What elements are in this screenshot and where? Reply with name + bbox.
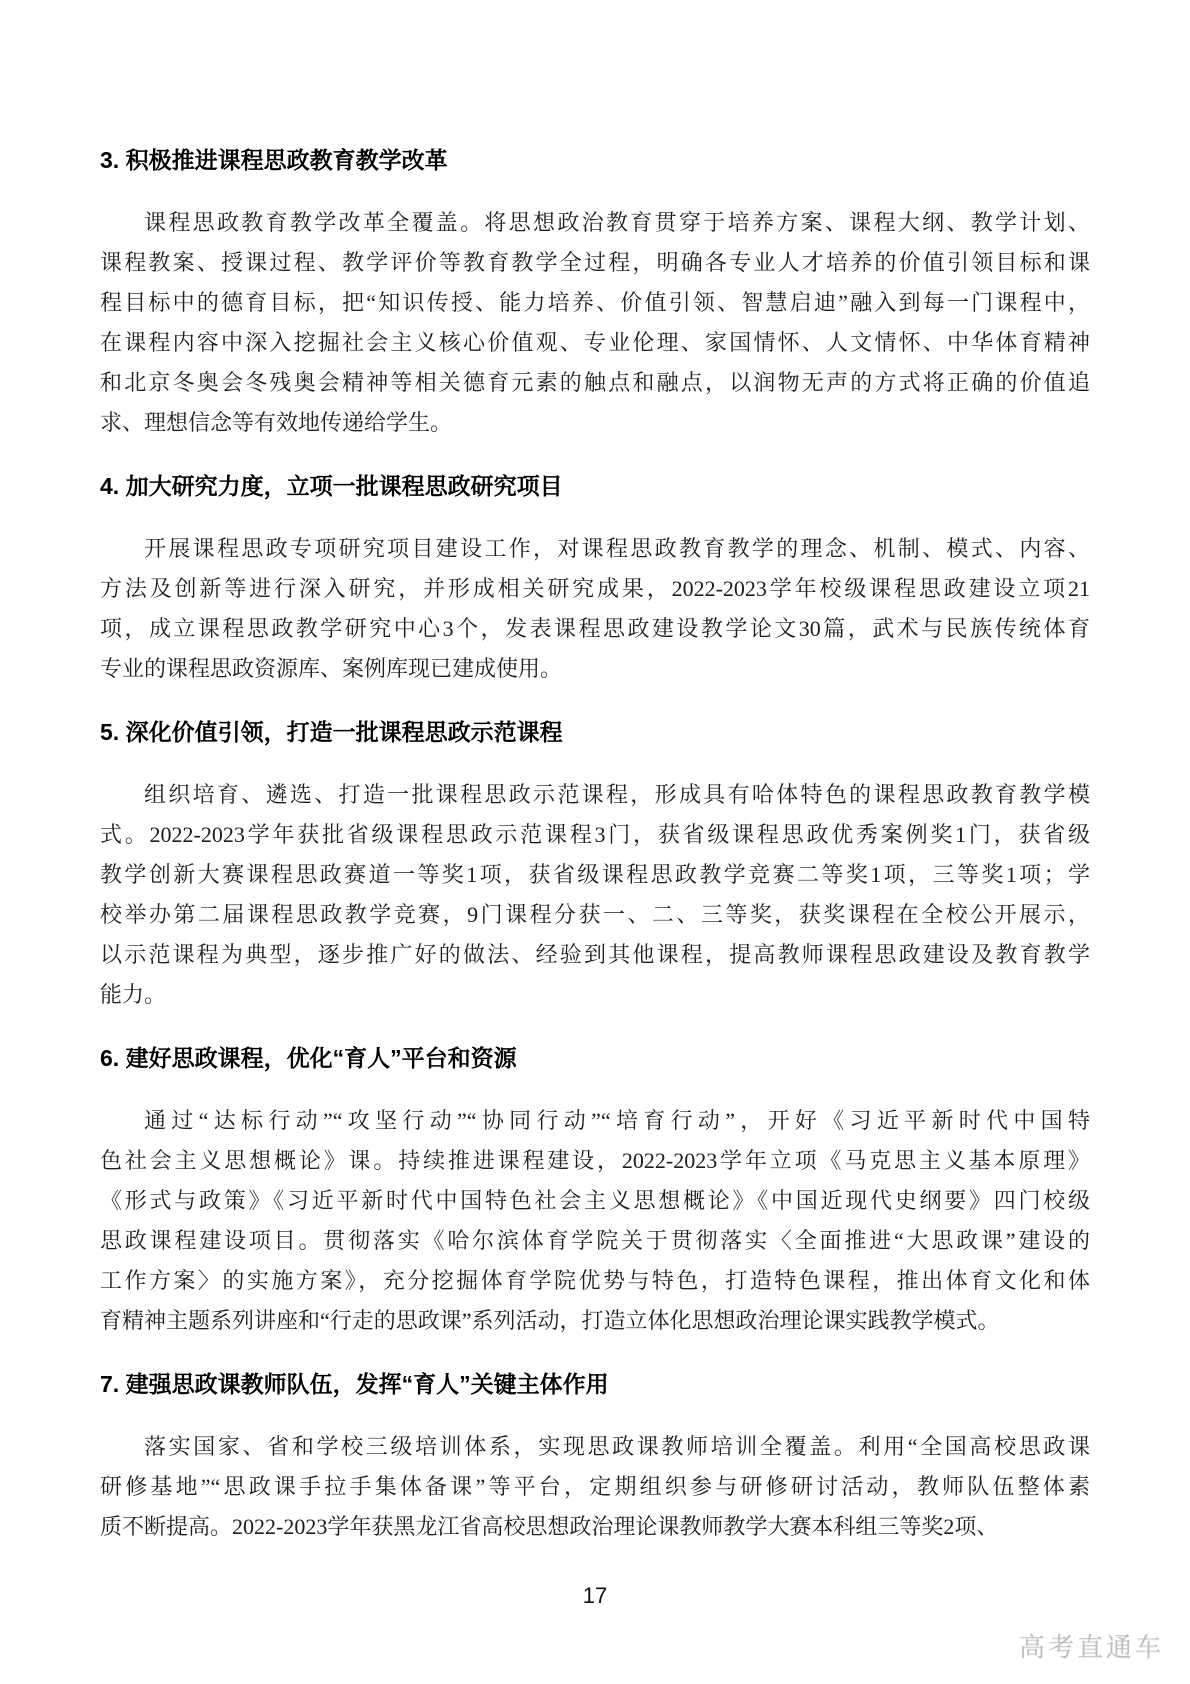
section-heading: 7. 建强思政课教师队伍，发挥“育人”关键主体作用 — [100, 1364, 1090, 1404]
section-heading: 6. 建好思政课程，优化“育人”平台和资源 — [100, 1038, 1090, 1078]
paragraph-line: 开展课程思政专项研究项目建设工作，对课程思政教育教学的理念、机制、模式、内容、 — [100, 529, 1090, 569]
paragraph-line: 研修基地”“思政课手拉手集体备课”等平台，定期组织参与研修研讨活动，教师队伍整体… — [100, 1467, 1090, 1507]
paragraph-line: 育精神主题系列讲座和“行走的思政课”系列活动，打造立体化思想政治理论课实践教学模… — [100, 1301, 1090, 1341]
section-heading: 4. 加大研究力度，立项一批课程思政研究项目 — [100, 466, 1090, 506]
paragraph-line: 色社会主义思想概论》课。持续推进课程建设，2022-2023学年立项《马克思主义… — [100, 1141, 1090, 1181]
paragraph-line: 教学创新大赛课程思政赛道一等奖1项，获省级课程思政教学竞赛二等奖1项，三等奖1项… — [100, 855, 1090, 895]
paragraph-line: 课程教案、授课过程、教学评价等教育教学全过程，明确各专业人才培养的价值引领目标和… — [100, 243, 1090, 283]
paragraph-line: 质不断提高。2022-2023学年获黑龙江省高校思想政治理论课教师教学大赛本科组… — [100, 1507, 1090, 1547]
paragraph-line: 通过“达标行动”“攻坚行动”“协同行动”“培育行动”，开好《习近平新时代中国特 — [100, 1101, 1090, 1141]
paragraph-line: 能力。 — [100, 975, 1090, 1015]
section-heading: 3. 积极推进课程思政教育教学改革 — [100, 140, 1090, 180]
paragraph: 开展课程思政专项研究项目建设工作，对课程思政教育教学的理念、机制、模式、内容、方… — [100, 529, 1090, 689]
paragraph: 通过“达标行动”“攻坚行动”“协同行动”“培育行动”，开好《习近平新时代中国特色… — [100, 1101, 1090, 1341]
paragraph-line: 《形式与政策》《习近平新时代中国特色社会主义思想概论》《中国近现代史纲要》四门校… — [100, 1181, 1090, 1221]
paragraph-line: 校举办第二届课程思政教学竞赛，9门课程分获一、二、三等奖，获奖课程在全校公开展示… — [100, 895, 1090, 935]
paragraph-line: 落实国家、省和学校三级培训体系，实现思政课教师培训全覆盖。利用“全国高校思政课 — [100, 1427, 1090, 1467]
paragraph-line: 求、理想信念等有效地传递给学生。 — [100, 403, 1090, 443]
paragraph-line: 课程思政教育教学改革全覆盖。将思想政治教育贯穿于培养方案、课程大纲、教学计划、 — [100, 203, 1090, 243]
paragraph: 组织培育、遴选、打造一批课程思政示范课程，形成具有哈体特色的课程思政教育教学模式… — [100, 775, 1090, 1015]
paragraph-line: 以示范课程为典型，逐步推广好的做法、经验到其他课程，提高教师课程思政建设及教育教… — [100, 935, 1090, 975]
paragraph-line: 式。2022-2023学年获批省级课程思政示范课程3门，获省级课程思政优秀案例奖… — [100, 815, 1090, 855]
document-body: 3. 积极推进课程思政教育教学改革课程思政教育教学改革全覆盖。将思想政治教育贯穿… — [100, 140, 1090, 1570]
paragraph: 课程思政教育教学改革全覆盖。将思想政治教育贯穿于培养方案、课程大纲、教学计划、课… — [100, 203, 1090, 443]
paragraph: 落实国家、省和学校三级培训体系，实现思政课教师培训全覆盖。利用“全国高校思政课研… — [100, 1427, 1090, 1547]
page-number: 17 — [0, 1583, 1190, 1609]
paragraph-line: 专业的课程思政资源库、案例库现已建成使用。 — [100, 649, 1090, 689]
watermark-text: 高考直通车 — [1019, 1627, 1164, 1664]
section-heading: 5. 深化价值引领，打造一批课程思政示范课程 — [100, 712, 1090, 752]
paragraph-line: 工作方案〉的实施方案》，充分挖掘体育学院优势与特色，打造特色课程，推出体育文化和… — [100, 1261, 1090, 1301]
paragraph-line: 在课程内容中深入挖掘社会主义核心价值观、专业伦理、家国情怀、人文情怀、中华体育精… — [100, 323, 1090, 363]
paragraph-line: 程目标中的德育目标，把“知识传授、能力培养、价值引领、智慧启迪”融入到每一门课程… — [100, 283, 1090, 323]
paragraph-line: 方法及创新等进行深入研究，并形成相关研究成果，2022-2023学年校级课程思政… — [100, 569, 1090, 609]
paragraph-line: 思政课程建设项目。贯彻落实《哈尔滨体育学院关于贯彻落实〈全面推进“大思政课”建设… — [100, 1221, 1090, 1261]
document-page: 3. 积极推进课程思政教育教学改革课程思政教育教学改革全覆盖。将思想政治教育贯穿… — [0, 0, 1190, 1684]
paragraph-line: 组织培育、遴选、打造一批课程思政示范课程，形成具有哈体特色的课程思政教育教学模 — [100, 775, 1090, 815]
paragraph-line: 项，成立课程思政教学研究中心3个，发表课程思政建设教学论文30篇，武术与民族传统… — [100, 609, 1090, 649]
paragraph-line: 和北京冬奥会冬残奥会精神等相关德育元素的触点和融点，以润物无声的方式将正确的价值… — [100, 363, 1090, 403]
